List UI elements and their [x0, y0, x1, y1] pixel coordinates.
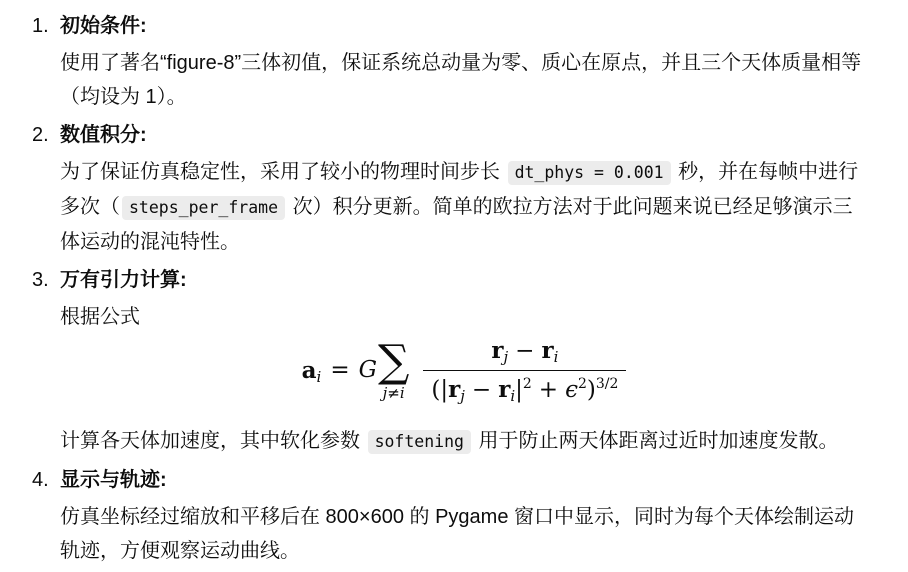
math-lhs: ai: [302, 359, 322, 383]
text-run: 根据公式: [60, 306, 140, 328]
text-run: 仿真坐标经过缩放和平移后在 800×600 的 Pygame 窗口中显示，同时为…: [60, 506, 854, 562]
fraction-denominator: (|rj−ri|2+ϵ2)3/2: [423, 370, 626, 403]
text-run: 为了保证仿真稳定性，采用了较小的物理时间步长: [60, 161, 506, 183]
sigma-icon: ∑: [378, 341, 409, 383]
item-title: 万有引力计算:: [60, 263, 868, 297]
fraction-numerator: rj−ri: [423, 338, 626, 370]
summation-condition: j≠i: [383, 386, 405, 401]
item-number: 1.: [32, 9, 49, 43]
gravity-constant: G: [359, 359, 377, 382]
paragraph: 根据公式: [60, 300, 868, 334]
list-item-numerical-integration: 2. 数值积分: 为了保证仿真稳定性，采用了较小的物理时间步长 dt_phys …: [60, 118, 868, 259]
item-title: 数值积分:: [60, 118, 868, 152]
paragraph: 计算各天体加速度，其中软化参数 softening 用于防止两天体距离过近时加速…: [60, 424, 868, 459]
paragraph: 仿真坐标经过缩放和平移后在 800×600 的 Pygame 窗口中显示，同时为…: [60, 500, 868, 568]
item-title: 初始条件:: [60, 9, 868, 43]
paragraph: 使用了著名“figure-8”三体初值，保证系统总动量为零、质心在原点，并且三个…: [60, 46, 868, 114]
text-run: 计算各天体加速度，其中软化参数: [60, 430, 366, 452]
paragraph: 为了保证仿真稳定性，采用了较小的物理时间步长 dt_phys = 0.001 秒…: [60, 155, 868, 259]
inline-code: softening: [368, 430, 471, 454]
item-number: 2.: [32, 118, 49, 152]
item-number: 3.: [32, 263, 49, 297]
item-title: 显示与轨迹:: [60, 463, 868, 497]
list-item-gravity-calculation: 3. 万有引力计算: 根据公式 ai = G ∑ j≠i rj−ri (|rj−…: [60, 263, 868, 459]
acceleration-equation: ai = G ∑ j≠i rj−ri (|rj−ri|2+ϵ2)3/2: [60, 338, 868, 404]
equals-sign: =: [330, 359, 349, 382]
numbered-list: 1. 初始条件: 使用了著名“figure-8”三体初值，保证系统总动量为零、质…: [0, 0, 908, 568]
summation: ∑ j≠i: [378, 341, 409, 401]
list-item-initial-conditions: 1. 初始条件: 使用了著名“figure-8”三体初值，保证系统总动量为零、质…: [60, 9, 868, 114]
inline-code: dt_phys = 0.001: [508, 161, 671, 185]
list-item-display-and-trails: 4. 显示与轨迹: 仿真坐标经过缩放和平移后在 800×600 的 Pygame…: [60, 463, 868, 568]
inline-code: steps_per_frame: [122, 196, 285, 220]
text-run: 使用了著名“figure-8”三体初值，保证系统总动量为零、质心在原点，并且三个…: [60, 52, 861, 108]
text-run: 用于防止两天体距离过近时加速度发散。: [473, 430, 839, 452]
item-number: 4.: [32, 463, 49, 497]
fraction: rj−ri (|rj−ri|2+ϵ2)3/2: [423, 338, 626, 404]
